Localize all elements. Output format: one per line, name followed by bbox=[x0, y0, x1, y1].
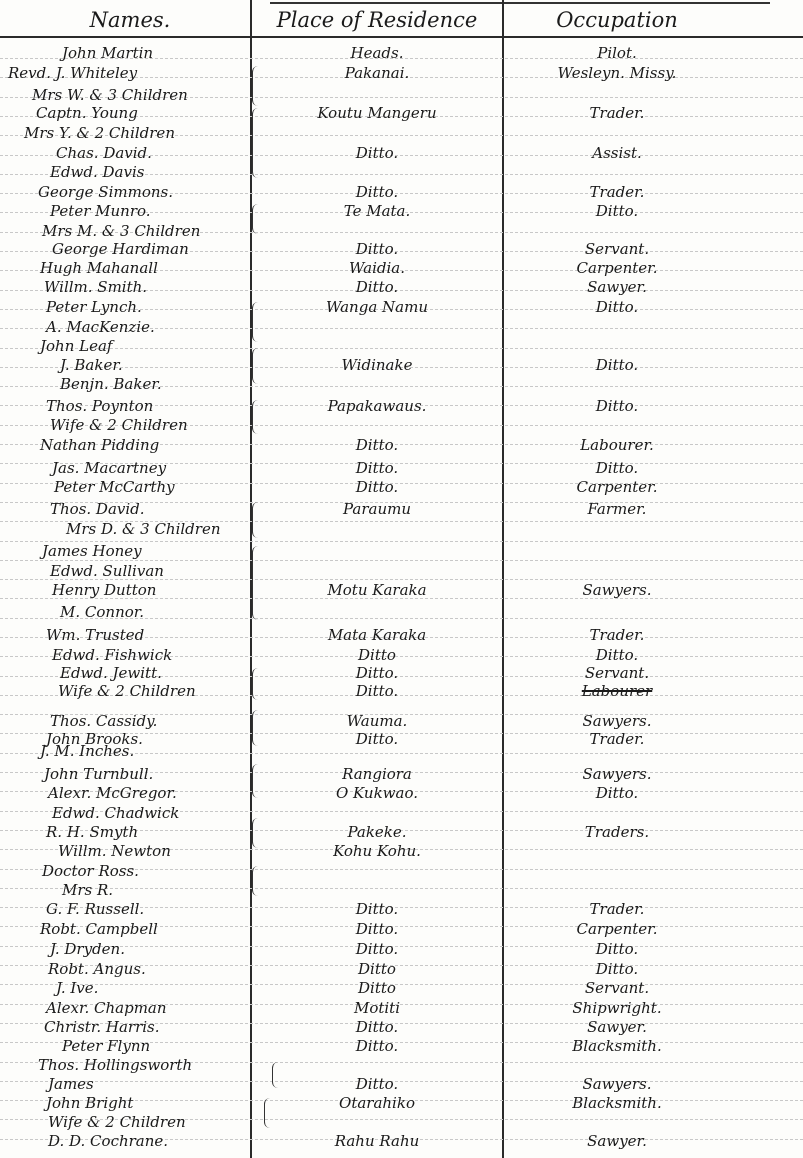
entry-occupation: Pilot. bbox=[512, 44, 722, 62]
entry-residence: Papakawaus. bbox=[262, 397, 492, 415]
entry-residence: Widinake bbox=[262, 356, 492, 374]
grouping-brace bbox=[272, 1062, 281, 1088]
entry-name: Robt. Angus. bbox=[48, 960, 146, 978]
entry-name: Edwd. Jewitt. bbox=[60, 664, 162, 682]
entry-name: Chas. David. bbox=[56, 144, 152, 162]
entry-occupation: Sawyers. bbox=[512, 765, 722, 783]
entry-name: Captn. Young bbox=[36, 104, 138, 122]
entry-name: J. M. Inches. bbox=[40, 742, 134, 760]
entry-occupation: Servant. bbox=[512, 240, 722, 258]
entry-residence: Ditto. bbox=[262, 478, 492, 496]
entry-name: George Simmons. bbox=[38, 183, 173, 201]
entry-residence: Ditto. bbox=[262, 1018, 492, 1036]
entry-residence: Ditto. bbox=[262, 436, 492, 454]
entry-residence: Wanga Namu bbox=[262, 298, 492, 316]
entry-name: James Honey bbox=[42, 542, 142, 560]
entry-occupation: Ditto. bbox=[512, 356, 722, 374]
entry-residence: O Kukwao. bbox=[262, 784, 492, 802]
entry-name: Wife & 2 Children bbox=[58, 682, 196, 700]
entry-residence: Ditto. bbox=[262, 183, 492, 201]
entry-residence: Ditto. bbox=[262, 940, 492, 958]
ruled-line bbox=[0, 888, 803, 889]
entry-name: J. Ive. bbox=[56, 979, 98, 997]
entry-residence: Ditto bbox=[262, 646, 492, 664]
entry-residence: Paraumu bbox=[262, 500, 492, 518]
entry-name: Edwd. Sullivan bbox=[50, 562, 164, 580]
grouping-brace bbox=[252, 668, 261, 700]
entry-name: Robt. Campbell bbox=[40, 920, 158, 938]
entry-residence: Ditto. bbox=[262, 240, 492, 258]
entry-occupation: Ditto. bbox=[512, 202, 722, 220]
grouping-brace bbox=[264, 1098, 273, 1128]
entry-occupation: Ditto. bbox=[512, 298, 722, 316]
entry-residence: Ditto bbox=[262, 979, 492, 997]
entry-name: Edwd. Fishwick bbox=[52, 646, 172, 664]
entry-name: Thos. David. bbox=[50, 500, 145, 518]
entry-name: Peter McCarthy bbox=[54, 478, 175, 496]
entry-occupation: Trader. bbox=[512, 730, 722, 748]
entry-name: Christr. Harris. bbox=[44, 1018, 160, 1036]
grouping-brace bbox=[252, 302, 261, 342]
entry-occupation: Trader. bbox=[512, 183, 722, 201]
header-underline bbox=[0, 36, 803, 38]
entry-name: John Bright bbox=[46, 1094, 133, 1112]
entry-residence: Mata Karaka bbox=[262, 626, 492, 644]
entry-name: J. Dryden. bbox=[50, 940, 125, 958]
entry-occupation: Sawyers. bbox=[512, 1075, 722, 1093]
column-header-occupation: Occupation bbox=[512, 6, 722, 34]
grouping-brace bbox=[252, 866, 261, 896]
entry-name: M. Connor. bbox=[60, 603, 144, 621]
entry-residence: Ditto. bbox=[262, 730, 492, 748]
grouping-brace bbox=[252, 66, 261, 106]
entry-name: John Martin bbox=[62, 44, 153, 62]
entry-residence: Ditto. bbox=[262, 144, 492, 162]
entry-name: Willm. Smith. bbox=[44, 278, 147, 296]
entry-residence: Koutu Mangeru bbox=[262, 104, 492, 122]
entry-name: D. D. Cochrane. bbox=[48, 1132, 168, 1150]
entry-residence: Pakeke. bbox=[262, 823, 492, 841]
entry-occupation: Ditto. bbox=[512, 646, 722, 664]
grouping-brace bbox=[252, 348, 261, 384]
entry-name: George Hardiman bbox=[52, 240, 189, 258]
entry-name: Wife & 2 Children bbox=[50, 416, 188, 434]
entry-residence: Ditto. bbox=[262, 459, 492, 477]
entry-occupation: Traders. bbox=[512, 823, 722, 841]
entry-residence: Heads. bbox=[262, 44, 492, 62]
entry-name: Mrs D. & 3 Children bbox=[66, 520, 221, 538]
entry-occupation: Shipwright. bbox=[512, 999, 722, 1017]
entry-name: Alexr. Chapman bbox=[46, 999, 167, 1017]
entry-name: J. Baker. bbox=[60, 356, 123, 374]
entry-residence: Te Mata. bbox=[262, 202, 492, 220]
entry-occupation: Assist. bbox=[512, 144, 722, 162]
grouping-brace bbox=[252, 818, 261, 848]
entry-name: James bbox=[48, 1075, 94, 1093]
grouping-brace bbox=[252, 710, 261, 746]
ruled-line bbox=[0, 348, 803, 349]
entry-name: Thos. Poynton bbox=[46, 397, 153, 415]
entry-name: Edwd. Davis bbox=[50, 163, 144, 181]
entry-occupation: Trader. bbox=[512, 900, 722, 918]
entry-name: Jas. Macartney bbox=[52, 459, 166, 477]
entry-name: Henry Dutton bbox=[52, 581, 156, 599]
entry-occupation: Servant. bbox=[512, 979, 722, 997]
entry-residence: Ditto. bbox=[262, 920, 492, 938]
entry-occupation: Labourer. bbox=[512, 436, 722, 454]
entry-occupation: Farmer. bbox=[512, 500, 722, 518]
entry-name: Peter Flynn bbox=[62, 1037, 150, 1055]
entry-residence: Motu Karaka bbox=[262, 581, 492, 599]
entry-residence: Otarahiko bbox=[262, 1094, 492, 1112]
entry-name: Willm. Newton bbox=[58, 842, 171, 860]
entry-name: John Turnbull. bbox=[44, 765, 153, 783]
entry-occupation: Trader. bbox=[512, 626, 722, 644]
entry-name: G. F. Russell. bbox=[46, 900, 144, 918]
entry-occupation: Carpenter. bbox=[512, 259, 722, 277]
grouping-brace bbox=[252, 764, 261, 798]
entry-occupation: Sawyers. bbox=[512, 712, 722, 730]
census-register-page: Names. Place of Residence Occupation Joh… bbox=[0, 0, 803, 1158]
entry-name: Revd. J. Whiteley bbox=[8, 64, 137, 82]
entry-name: John Leaf bbox=[40, 337, 112, 355]
entry-name: Hugh Mahanall bbox=[40, 259, 158, 277]
entry-occupation: Ditto. bbox=[512, 960, 722, 978]
entry-name: Benjn. Baker. bbox=[60, 375, 162, 393]
entry-name: Mrs Y. & 2 Children bbox=[24, 124, 175, 142]
grouping-brace bbox=[252, 204, 261, 234]
entry-occupation: Sawyer. bbox=[512, 278, 722, 296]
entry-name: Peter Lynch. bbox=[46, 298, 142, 316]
column-header-residence: Place of Residence bbox=[262, 6, 492, 34]
entry-occupation: Sawyer. bbox=[512, 1132, 722, 1150]
entry-residence: Ditto. bbox=[262, 664, 492, 682]
entry-residence: Ditto. bbox=[262, 1037, 492, 1055]
entry-residence: Rangiora bbox=[262, 765, 492, 783]
entry-name: Alexr. McGregor. bbox=[48, 784, 177, 802]
entry-name: Edwd. Chadwick bbox=[52, 804, 179, 822]
entry-residence: Wauma. bbox=[262, 712, 492, 730]
entry-occupation: Ditto. bbox=[512, 397, 722, 415]
entry-occupation: Wesleyn. Missy. bbox=[512, 64, 722, 82]
entry-occupation: Servant. bbox=[512, 664, 722, 682]
entry-name: Mrs R. bbox=[62, 881, 113, 899]
entry-residence: Pakanai. bbox=[262, 64, 492, 82]
entry-occupation: Ditto. bbox=[512, 459, 722, 477]
entry-name: Wife & 2 Children bbox=[48, 1113, 186, 1131]
entry-occupation: Sawyer. bbox=[512, 1018, 722, 1036]
entry-name: Doctor Ross. bbox=[42, 862, 139, 880]
grouping-brace bbox=[252, 108, 261, 178]
entry-occupation: Trader. bbox=[512, 104, 722, 122]
entry-residence: Waidia. bbox=[262, 259, 492, 277]
entry-residence: Motiti bbox=[262, 999, 492, 1017]
entry-name: Thos. Hollingsworth bbox=[38, 1056, 192, 1074]
entry-residence: Ditto. bbox=[262, 278, 492, 296]
entry-name: Mrs M. & 3 Children bbox=[42, 222, 200, 240]
entry-residence: Rahu Rahu bbox=[262, 1132, 492, 1150]
entry-occupation: Blacksmith. bbox=[512, 1094, 722, 1112]
entry-name: Thos. Cassidy. bbox=[50, 712, 157, 730]
entry-name: A. MacKenzie. bbox=[46, 318, 155, 336]
top-border-line bbox=[270, 2, 770, 4]
column-header-names: Names. bbox=[40, 6, 220, 34]
entry-residence: Ditto bbox=[262, 960, 492, 978]
entry-name: Peter Munro. bbox=[50, 202, 151, 220]
entry-name: Wm. Trusted bbox=[46, 626, 144, 644]
entry-residence: Ditto. bbox=[262, 682, 492, 700]
entry-occupation: Ditto. bbox=[512, 784, 722, 802]
entry-name: Mrs W. & 3 Children bbox=[32, 86, 188, 104]
grouping-brace bbox=[252, 400, 261, 434]
grouping-brace bbox=[252, 502, 261, 538]
entry-name: R. H. Smyth bbox=[46, 823, 138, 841]
entry-occupation: Carpenter. bbox=[512, 478, 722, 496]
entry-occupation: Blacksmith. bbox=[512, 1037, 722, 1055]
entry-residence: Ditto. bbox=[262, 1075, 492, 1093]
entry-name: Nathan Pidding bbox=[40, 436, 159, 454]
grouping-brace bbox=[252, 546, 261, 620]
ruled-line bbox=[0, 560, 803, 561]
entry-occupation: Sawyers. bbox=[512, 581, 722, 599]
entry-occupation-struck: Labourer bbox=[512, 682, 722, 700]
entry-residence: Ditto. bbox=[262, 900, 492, 918]
entry-residence: Kohu Kohu. bbox=[262, 842, 492, 860]
entry-occupation: Carpenter. bbox=[512, 920, 722, 938]
entry-occupation: Ditto. bbox=[512, 940, 722, 958]
